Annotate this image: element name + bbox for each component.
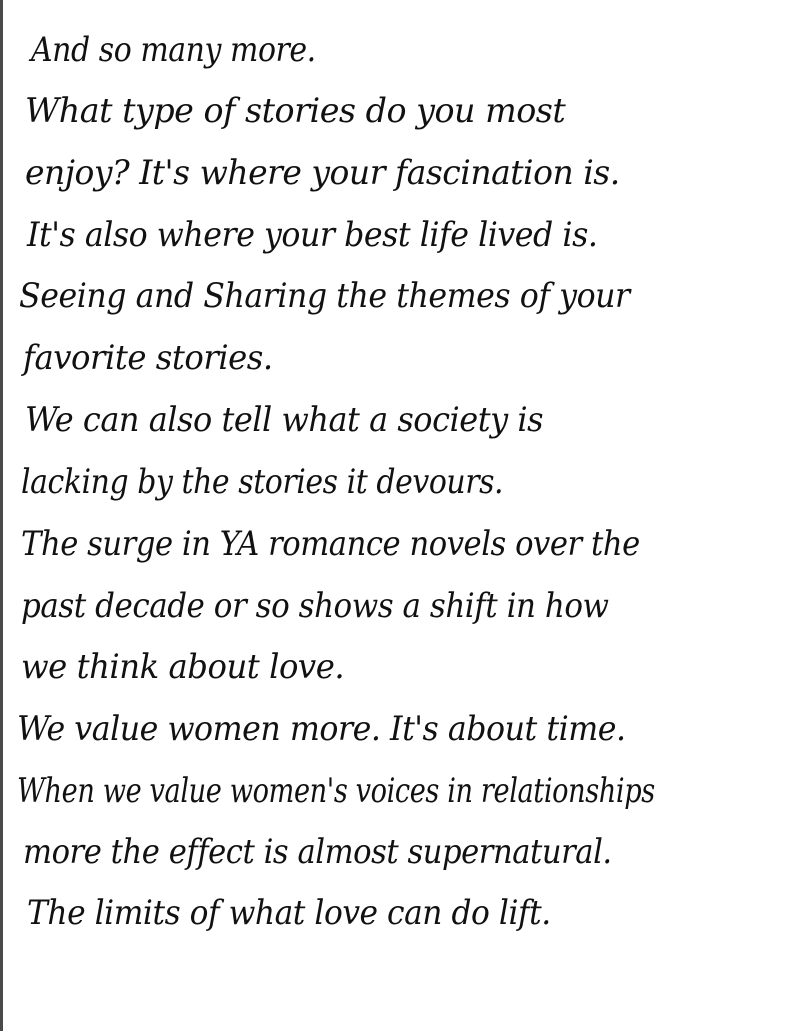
handwritten-line: And so many more. (31, 30, 316, 70)
handwritten-line: It's also where your best life lived is. (27, 215, 597, 255)
handwritten-line: enjoy? It's where your fascination is. (25, 153, 620, 193)
handwritten-line: We value women more. It's about time. (17, 709, 626, 749)
handwritten-line: past decade or so shows a shift in how (21, 586, 609, 626)
handwritten-line: We can also tell what a society is (25, 400, 543, 440)
handwritten-line: Seeing and Sharing the themes of your (19, 276, 630, 316)
handwritten-line: more the effect is almost supernatural. (23, 832, 612, 872)
handwritten-line: The surge in YA romance novels over the (21, 524, 640, 564)
handwritten-line: What type of stories do you most (25, 91, 565, 131)
handwritten-line: lacking by the stories it devours. (21, 462, 503, 502)
handwritten-page: And so many more. What type of stories d… (3, 0, 805, 1031)
handwritten-line: When we value women's voices in relation… (17, 771, 655, 811)
handwritten-line: The limits of what love can do lift. (27, 893, 551, 933)
handwritten-line: favorite stories. (23, 338, 273, 378)
handwritten-line: we think about love. (21, 647, 344, 687)
